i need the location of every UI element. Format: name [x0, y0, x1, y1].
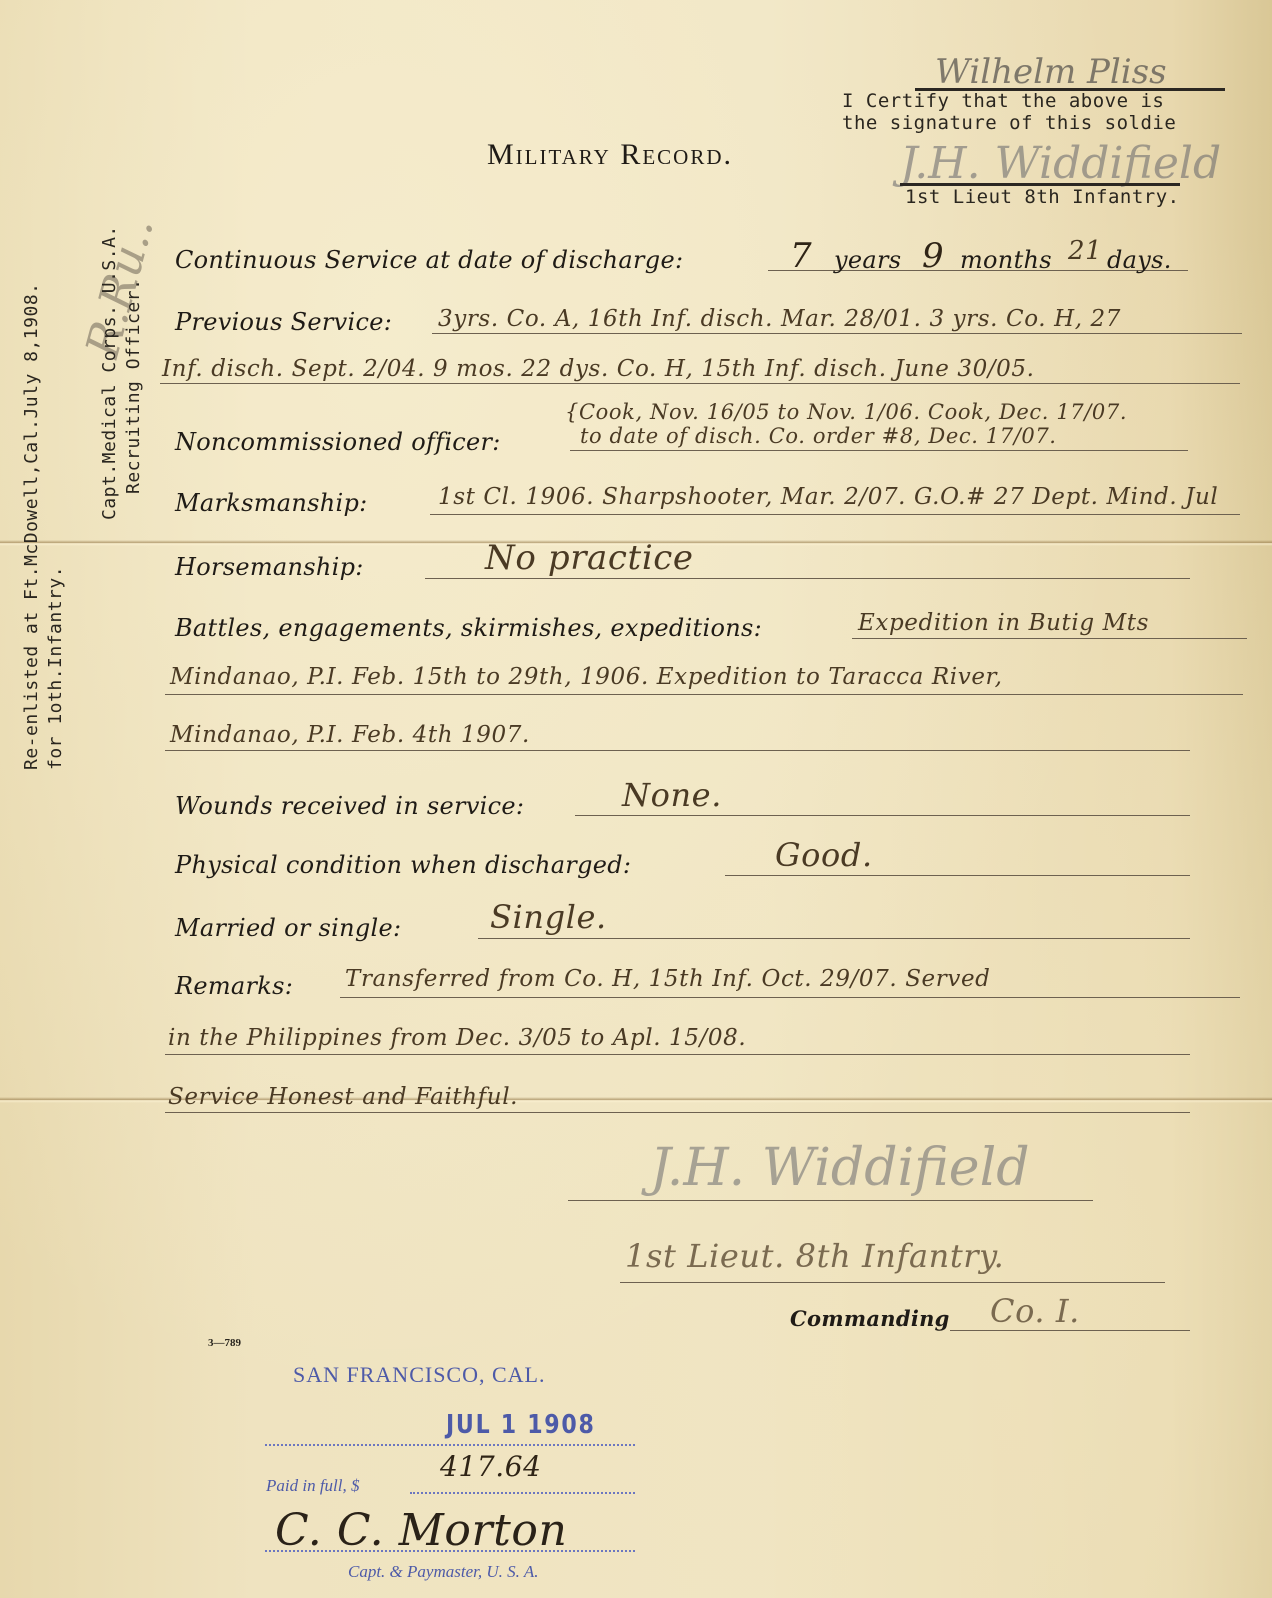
field-rule [478, 938, 1190, 939]
physical-condition-value: Good. [775, 836, 873, 874]
field-rule [165, 1054, 1190, 1055]
field-rule [575, 815, 1190, 816]
certify-line-1: I Certify that the above is [842, 90, 1164, 112]
horsemanship-label: Horsemanship: [175, 553, 364, 581]
field-rule [165, 694, 1243, 695]
stamp-city: SAN FRANCISCO, CAL. [293, 1362, 546, 1388]
battles-label: Battles, engagements, skirmishes, expedi… [175, 614, 762, 642]
recruiter-note: Capt.Medical Corps. U.S.A. Recruiting Of… [98, 225, 146, 520]
marital-status-value: Single. [490, 898, 607, 936]
horsemanship-value: No practice [485, 538, 694, 578]
reenlist-line-2: for 1oth.Infantry. [44, 283, 68, 771]
field-rule [852, 638, 1247, 639]
continuous-service-label: Continuous Service at date of discharge: [175, 246, 683, 274]
reenlistment-note: Re-enlisted at Ft.McDowell,Cal.July 8,19… [20, 283, 68, 771]
remarks-line-1: Transferred from Co. H, 15th Inf. Oct. 2… [345, 966, 990, 992]
nco-line-1: {Cook, Nov. 16/05 to Nov. 1/06. Cook, De… [565, 400, 1127, 424]
commanding-company: Co. I. [990, 1292, 1080, 1330]
officer-signature: J.H. Widdifield [900, 138, 1221, 189]
service-days: 21 [1068, 236, 1102, 266]
marital-status-label: Married or single: [175, 914, 401, 942]
field-rule [165, 750, 1190, 751]
months-label: months [960, 246, 1052, 274]
battles-line-2: Mindanao, P.I. Feb. 15th to 29th, 1906. … [170, 664, 1003, 690]
previous-service-line-1: 3yrs. Co. A, 16th Inf. disch. Mar. 28/01… [438, 306, 1121, 332]
field-rule [725, 875, 1190, 876]
nco-line-2: to date of disch. Co. order #8, Dec. 17/… [580, 424, 1057, 448]
stamp-rule [265, 1444, 635, 1446]
remarks-label: Remarks: [175, 972, 293, 1000]
previous-service-label: Previous Service: [175, 308, 392, 336]
remarks-line-2: in the Philippines from Dec. 3/05 to Apl… [168, 1025, 746, 1051]
title-rule [620, 1282, 1165, 1283]
marksmanship-label: Marksmanship: [175, 489, 368, 517]
days-label: days. [1107, 246, 1172, 274]
paymaster-signature: C. C. Morton [275, 1505, 567, 1556]
wounds-label: Wounds received in service: [175, 792, 524, 820]
stamp-rule [265, 1550, 635, 1552]
commander-title: 1st Lieut. 8th Infantry. [625, 1237, 1004, 1275]
physical-condition-label: Physical condition when discharged: [175, 851, 631, 879]
page-title: Military Record. [487, 138, 733, 172]
form-number: 3—789 [208, 1337, 241, 1349]
field-rule [950, 1330, 1190, 1331]
field-rule [160, 383, 1240, 384]
wounds-value: None. [622, 776, 722, 814]
recruiter-line-1: Capt.Medical Corps. U.S.A. [98, 225, 122, 520]
nco-label: Noncommissioned officer: [175, 428, 501, 456]
recruiter-line-2: Recruiting Officer. [122, 225, 146, 520]
field-rule [165, 1112, 1190, 1113]
service-years: 7 [790, 236, 812, 276]
certify-line-2: the signature of this soldie [842, 112, 1176, 134]
stamp-rule [410, 1492, 635, 1494]
service-months: 9 [922, 236, 944, 276]
field-rule [425, 578, 1190, 579]
years-label: years [834, 246, 901, 274]
certify-officer-title: 1st Lieut 8th Infantry. [905, 186, 1180, 208]
paid-amount: 417.64 [440, 1450, 542, 1483]
signature-rule [568, 1200, 1093, 1201]
battles-line-1: Expedition in Butig Mts [858, 610, 1149, 636]
field-rule [570, 450, 1188, 451]
paymaster-title: Capt. & Paymaster, U. S. A. [348, 1562, 538, 1582]
previous-service-line-2: Inf. disch. Sept. 2/04. 9 mos. 22 dys. C… [162, 356, 1035, 382]
battles-line-3: Mindanao, P.I. Feb. 4th 1907. [170, 722, 530, 748]
commander-signature: J.H. Widdifield [650, 1138, 1030, 1198]
remarks-line-3: Service Honest and Faithful. [168, 1084, 518, 1110]
paid-in-full-label: Paid in full, $ [266, 1476, 360, 1496]
stamp-date: JUL 1 1908 [446, 1410, 596, 1440]
reenlist-line-1: Re-enlisted at Ft.McDowell,Cal.July 8,19… [20, 283, 44, 771]
field-rule [430, 514, 1240, 515]
field-rule [432, 333, 1242, 334]
field-rule [340, 997, 1240, 998]
marksmanship-value: 1st Cl. 1906. Sharpshooter, Mar. 2/07. G… [438, 484, 1218, 510]
commanding-label: Commanding [790, 1306, 950, 1331]
soldier-signature: Wilhelm Pliss [935, 52, 1167, 92]
